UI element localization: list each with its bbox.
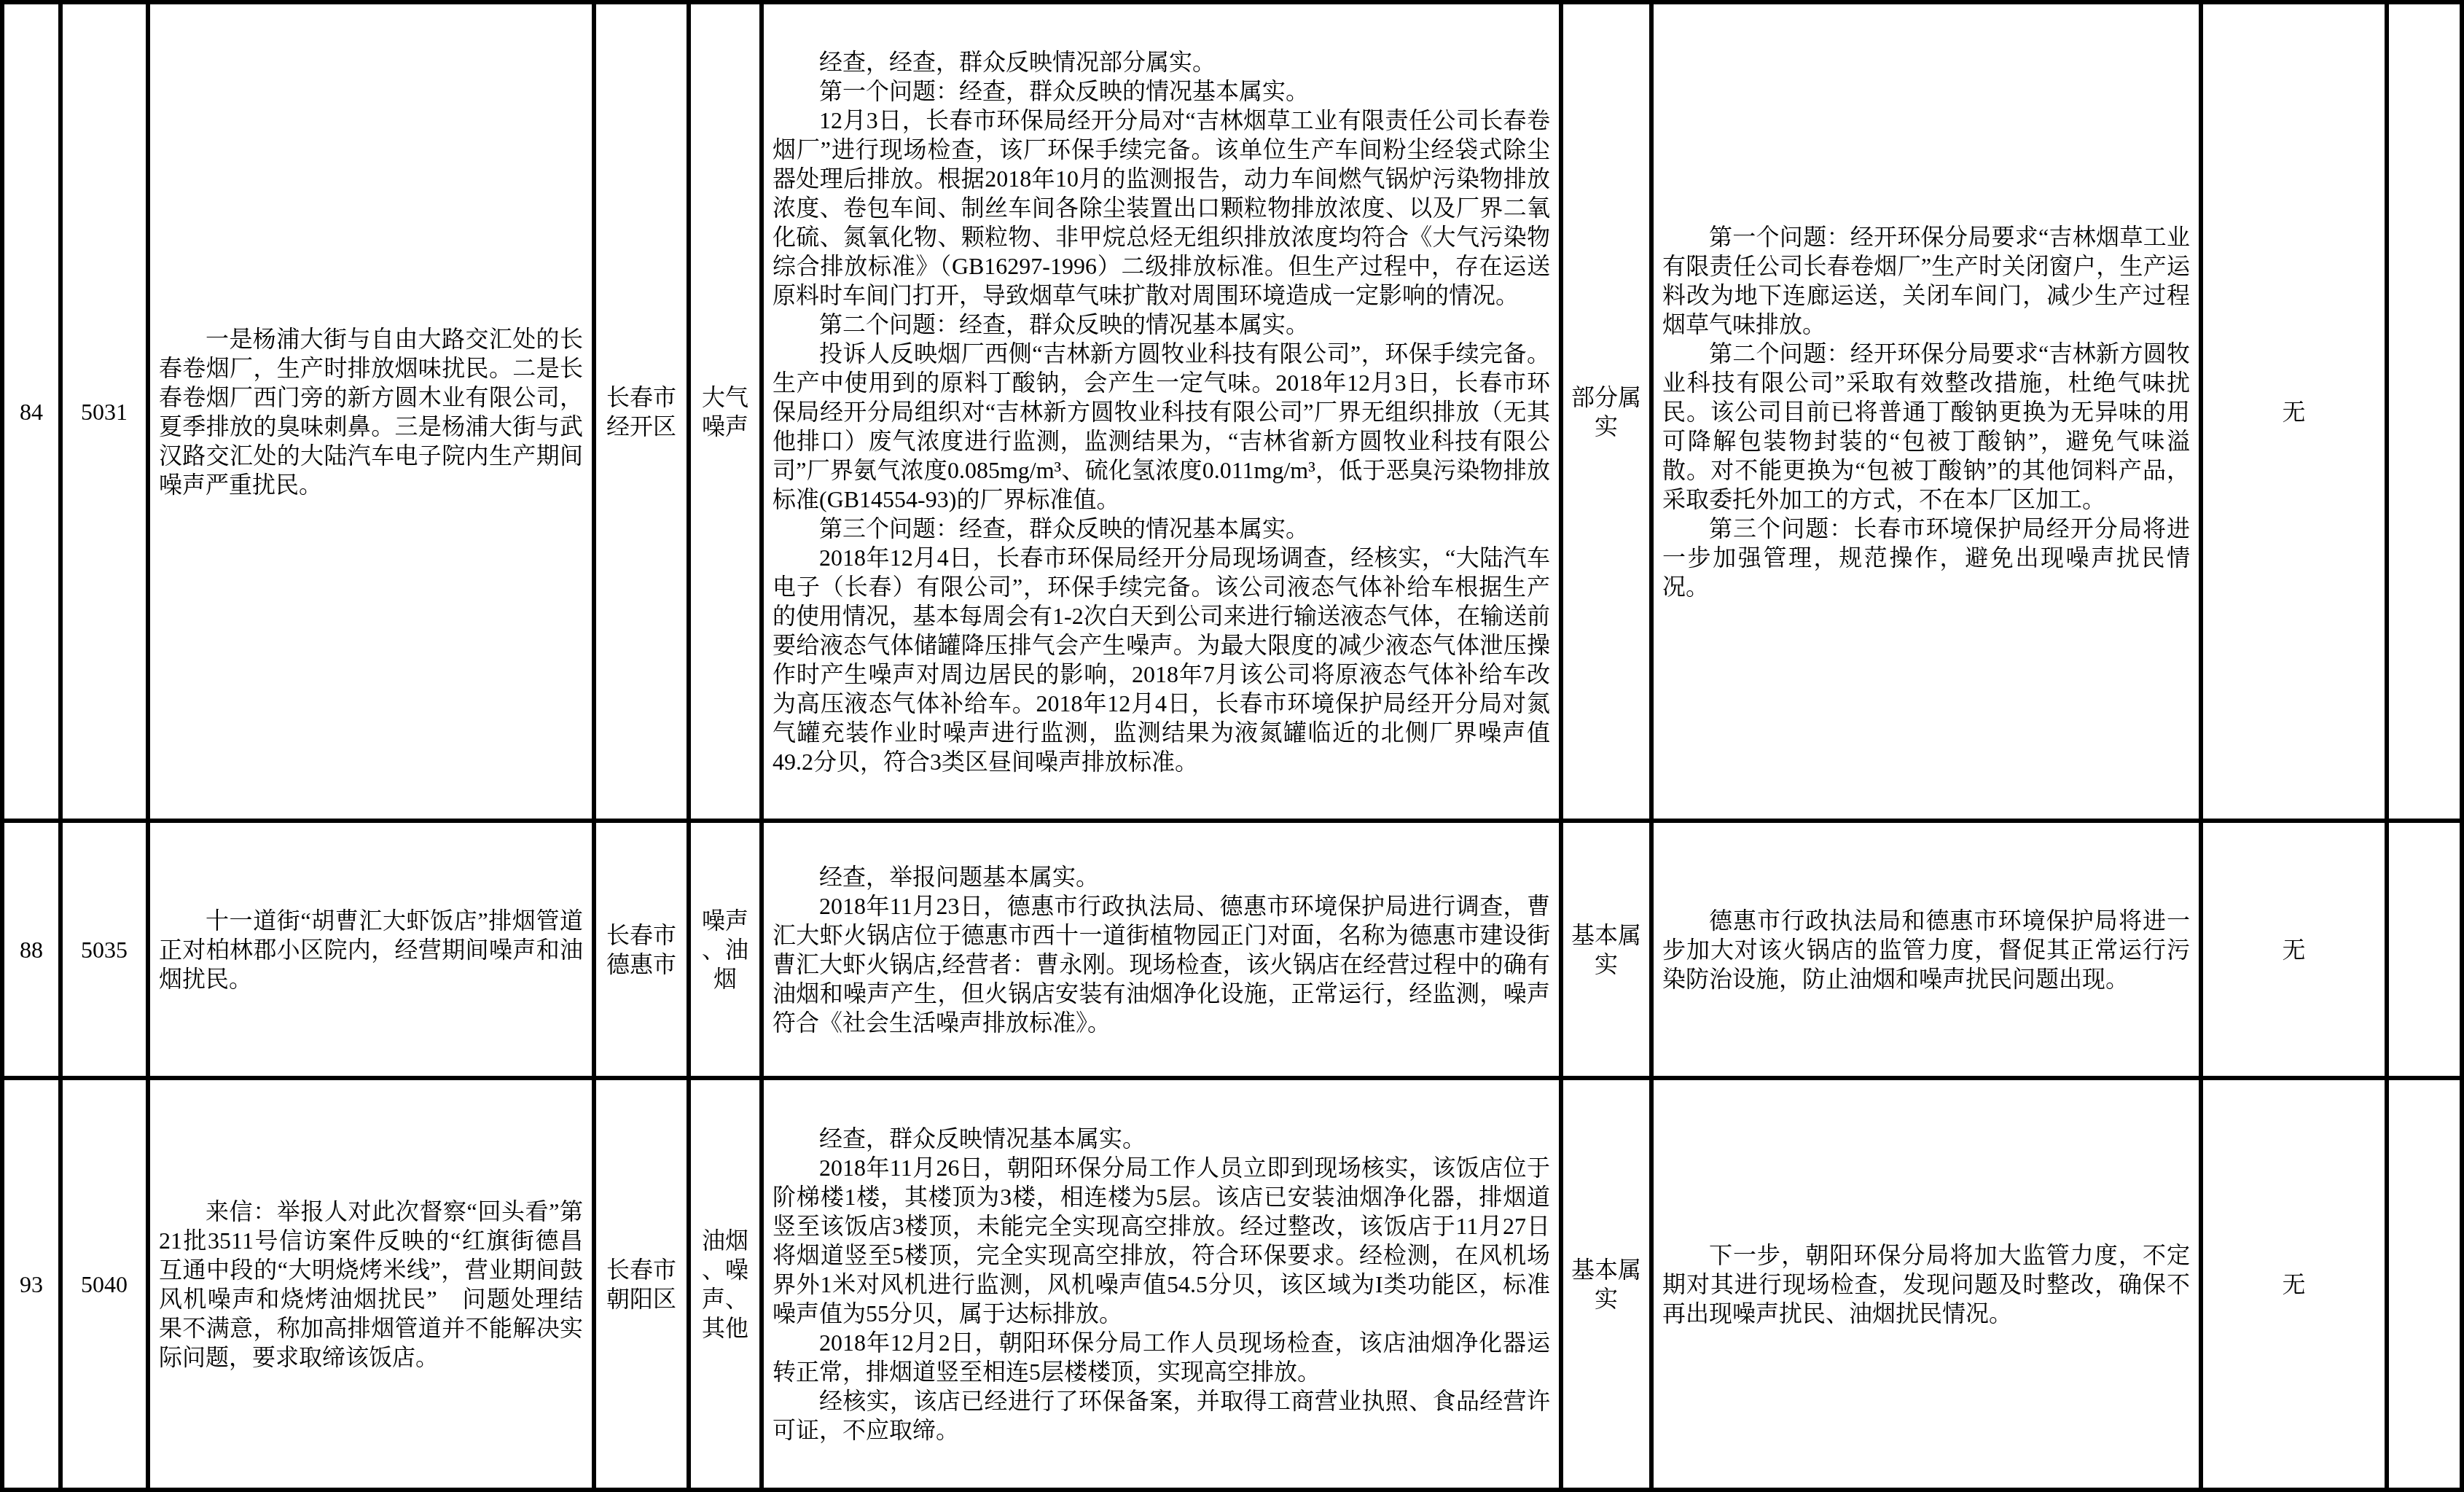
- handling-measures-cell: 德惠市行政执法局和德惠市环境保护局将进一步加大对该火锅店的监管力度，督促其正常运…: [1651, 821, 2201, 1078]
- pollution-type-cell: 噪声、油烟: [689, 821, 762, 1078]
- verification-status-cell: 基本属实: [1561, 1078, 1651, 1490]
- complaint-cell: 十一道街“胡曹汇大虾饭店”排烟管道正对柏林郡小区院内，经营期间噪声和油烟扰民。: [148, 821, 594, 1078]
- accountability-cell: 无: [2201, 2, 2387, 821]
- pollution-type-cell: 油烟、噪声、其他: [689, 1078, 762, 1490]
- empty-cell: [2387, 1078, 2462, 1490]
- accountability-cell: 无: [2201, 1078, 2387, 1490]
- complaint-handling-table: 84 5031 一是杨浦大街与自由大路交汇处的长春卷烟厂，生产时排放烟味扰民。二…: [0, 0, 2464, 1492]
- case-number-cell: 5031: [60, 2, 148, 821]
- case-number-cell: 5040: [60, 1078, 148, 1490]
- case-number-cell: 5035: [60, 821, 148, 1078]
- table-row: 88 5035 十一道街“胡曹汇大虾饭店”排烟管道正对柏林郡小区院内，经营期间噪…: [2, 821, 2462, 1078]
- empty-cell: [2387, 2, 2462, 821]
- table-row: 93 5040 来信：举报人对此次督察“回头看”第21批3511号信访案件反映的…: [2, 1078, 2462, 1490]
- investigation-result-cell: 经查，群众反映情况基本属实。2018年11月26日，朝阳环保分局工作人员立即到现…: [762, 1078, 1561, 1490]
- verification-status-cell: 部分属实: [1561, 2, 1651, 821]
- accountability-cell: 无: [2201, 821, 2387, 1078]
- complaint-cell: 一是杨浦大街与自由大路交汇处的长春卷烟厂，生产时排放烟味扰民。二是长春卷烟厂西门…: [148, 2, 594, 821]
- investigation-result-cell: 经查，经查，群众反映情况部分属实。第一个问题：经查，群众反映的情况基本属实。12…: [762, 2, 1561, 821]
- handling-measures-cell: 第一个问题：经开环保分局要求“吉林烟草工业有限责任公司长春卷烟厂”生产时关闭窗户…: [1651, 2, 2201, 821]
- table-row: 84 5031 一是杨浦大街与自由大路交汇处的长春卷烟厂，生产时排放烟味扰民。二…: [2, 2, 2462, 821]
- location-cell: 长春市朝阳区: [594, 1078, 689, 1490]
- serial-number-cell: 88: [2, 821, 60, 1078]
- location-cell: 长春市德惠市: [594, 821, 689, 1078]
- pollution-type-cell: 大气噪声: [689, 2, 762, 821]
- serial-number-cell: 93: [2, 1078, 60, 1490]
- handling-measures-cell: 下一步，朝阳环保分局将加大监管力度，不定期对其进行现场检查，发现问题及时整改，确…: [1651, 1078, 2201, 1490]
- complaint-cell: 来信：举报人对此次督察“回头看”第21批3511号信访案件反映的“红旗街德昌互通…: [148, 1078, 594, 1490]
- verification-status-cell: 基本属实: [1561, 821, 1651, 1078]
- empty-cell: [2387, 821, 2462, 1078]
- location-cell: 长春市经开区: [594, 2, 689, 821]
- investigation-result-cell: 经查，举报问题基本属实。2018年11月23日，德惠市行政执法局、德惠市环境保护…: [762, 821, 1561, 1078]
- serial-number-cell: 84: [2, 2, 60, 821]
